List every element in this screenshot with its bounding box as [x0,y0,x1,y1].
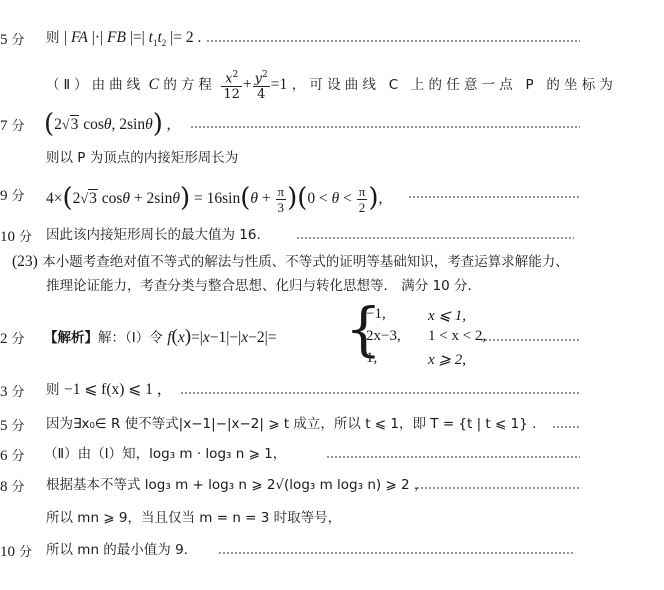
score-value: 5 [0,418,8,434]
score-value: 5 [0,32,8,48]
case-3-cond: x ⩾ 2, [428,350,466,369]
case-1-cond: x ⩽ 1, [428,306,466,325]
line-equality-condition: 所以 mn ⩾ 9，当且仅当 m = n = 3 时取等号， [46,508,341,528]
score-value: 2 [0,331,8,347]
score-label: 7分 [0,116,606,137]
problem-23-heading: (23) 本小题考查绝对值不等式的解法与性质、不等式的证明等基础知识，考查运算求… [12,252,569,272]
score-label: 10分 [0,542,606,563]
equation-rhs: =1 [271,76,288,93]
score-label: 2分 [0,329,606,350]
score-label: 5分 [0,30,606,51]
text: ，可设曲线 C 上的任意一点 P 的坐标为 [292,77,617,93]
score-label: 6分 [0,446,606,467]
var-c: C [149,76,159,93]
denominator: 4 [253,87,270,102]
score-value: 3 [0,384,8,400]
score-value: 7 [0,118,8,134]
score-unit: 分 [19,230,32,245]
case-3-value: 1, [366,350,377,367]
score-unit: 分 [12,33,25,48]
denominator: 12 [221,87,242,102]
score-value: 9 [0,188,8,204]
score-unit: 分 [12,449,25,464]
line-perimeter-intro: 则以 P 为顶点的内接矩形周长为 [46,148,238,168]
score-unit: 分 [12,385,25,400]
score-unit: 分 [12,419,25,434]
text: 的方程 [163,77,216,93]
score-value: 8 [0,479,8,495]
fraction-y: y24 [253,68,270,102]
text: 所以 mn ⩾ 9，当且仅当 m = n = 3 时取等号， [46,510,341,526]
problem-number: (23) [12,253,38,270]
text: （Ⅱ）由曲线 [46,77,144,93]
fraction-x: x212 [221,68,242,102]
score-label: 10分 [0,227,606,248]
score-label: 8分 [0,477,606,498]
score-value: 10 [0,229,15,245]
score-label: 5分 [0,416,606,437]
text: 本小题考查绝对值不等式的解法与性质、不等式的证明等基础知识，考查运算求解能力、 [42,254,569,270]
score-label: 3分 [0,382,606,403]
problem-23-description: 推理论证能力，考查分类与整合思想、化归与转化思想等． 满分 10 分． [46,276,481,296]
case-1-value: −1, [366,306,386,323]
text: 推理论证能力，考查分类与整合思想、化归与转化思想等． 满分 10 分． [46,278,481,294]
score-unit: 分 [12,119,25,134]
line-curve-equation: （Ⅱ）由曲线 C 的方程 x212+y24=1 ，可设曲线 C 上的任意一点 P… [46,68,617,102]
score-unit: 分 [12,480,25,495]
score-label: 9分 [0,186,606,207]
score-value: 10 [0,544,15,560]
score-value: 6 [0,448,8,464]
score-unit: 分 [12,332,25,347]
text: 则以 P 为顶点的内接矩形周长为 [46,150,238,166]
score-unit: 分 [19,545,32,560]
score-unit: 分 [12,189,25,204]
